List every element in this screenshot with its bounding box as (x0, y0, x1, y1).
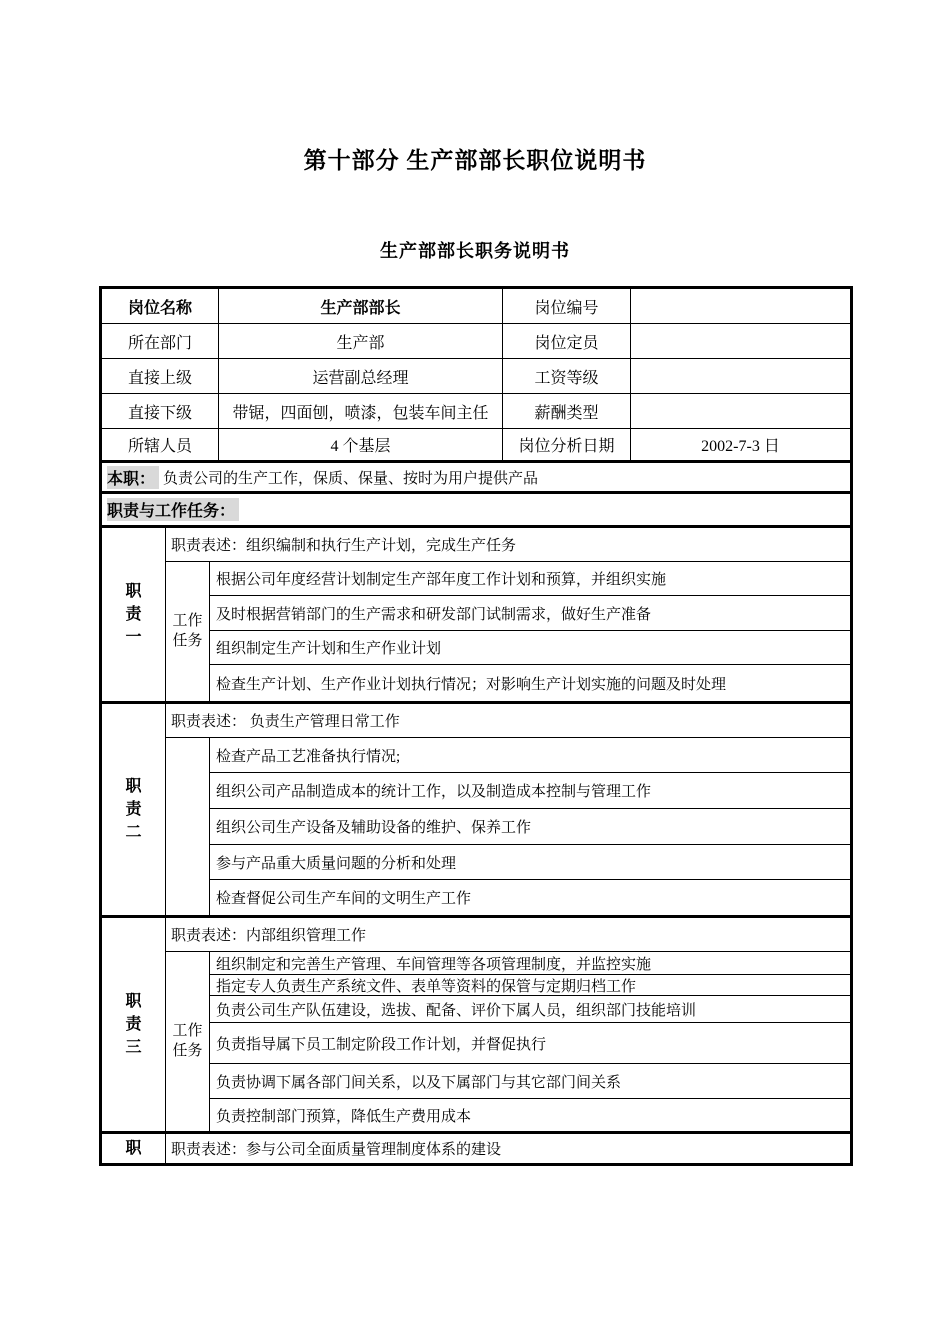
duty-4-description: 职责表述：参与公司全面质量管理制度体系的建设 (166, 1134, 850, 1163)
info-row-superior: 直接上级 运营副总经理 工资等级 (102, 359, 850, 394)
info-label-headcount: 岗位定员 (503, 324, 631, 358)
task-row: 组织制定和完善生产管理、车间管理等各项管理制度，并监控实施 (210, 952, 850, 975)
task-row: 检查生产计划、生产作业计划执行情况；对影响生产计划实施的问题及时处理 (210, 665, 850, 701)
task-row: 组织制定生产计划和生产作业计划 (210, 631, 850, 665)
duty-section-4: 职 职责表述：参与公司全面质量管理制度体系的建设 (102, 1134, 850, 1163)
task-row: 负责公司生产队伍建设，选拔、配备、评价下属人员，组织部门技能培训 (210, 996, 850, 1023)
task-row: 根据公司年度经营计划制定生产部年度工作计划和预算，并组织实施 (210, 562, 850, 596)
duty-section-1: 职责一 职责表述：组织编制和执行生产计划，完成生产任务 工作任务 根据公司年度经… (102, 528, 850, 704)
duty-3-body: 职责表述：内部组织管理工作 工作任务 组织制定和完善生产管理、车间管理等各项管理… (166, 918, 850, 1131)
info-value-position-name: 生产部部长 (219, 289, 503, 323)
duty-1-label: 职责一 (124, 580, 142, 650)
duty-section-2: 职责二 职责表述： 负责生产管理日常工作 检查产品工艺准备执行情况; 组织公司产… (102, 704, 850, 918)
info-label-salary-grade: 工资等级 (503, 359, 631, 393)
info-value-position-code (631, 289, 850, 323)
duties-header-row: 职责与工作任务： (102, 494, 850, 528)
info-label-position-name: 岗位名称 (102, 289, 219, 323)
info-value-subordinates: 带锯，四面刨，喷漆，包装车间主任 (219, 394, 503, 428)
duty-2-label: 职责二 (124, 775, 142, 845)
info-row-position-name: 岗位名称 生产部部长 岗位编号 (102, 289, 850, 324)
info-row-department: 所在部门 生产部 岗位定员 (102, 324, 850, 359)
info-value-superior: 运营副总经理 (219, 359, 503, 393)
info-label-pay-type: 薪酬类型 (503, 394, 631, 428)
task-row: 指定专人负责生产系统文件、表单等资料的保管与定期归档工作 (210, 975, 850, 996)
duty-1-description: 职责表述：组织编制和执行生产计划，完成生产任务 (166, 528, 850, 562)
duty-3-description: 职责表述：内部组织管理工作 (166, 918, 850, 952)
duty-4-label-cell: 职 (102, 1134, 166, 1163)
duty-1-tasks-wrap: 工作任务 根据公司年度经营计划制定生产部年度工作计划和预算，并组织实施 及时根据… (166, 562, 850, 701)
summary-label: 本职： (107, 466, 159, 489)
task-row: 检查督促公司生产车间的文明生产工作 (210, 880, 850, 915)
duty-1-label-cell: 职责一 (102, 528, 166, 701)
duty-2-description: 职责表述： 负责生产管理日常工作 (166, 704, 850, 738)
info-value-pay-type (631, 394, 850, 428)
duty-1-task-label: 工作任务 (166, 562, 210, 701)
page-subtitle: 生产部部长职务说明书 (0, 237, 950, 263)
duty-3-tasks-wrap: 工作任务 组织制定和完善生产管理、车间管理等各项管理制度，并监控实施 指定专人负… (166, 952, 850, 1131)
duty-2-label-cell: 职责二 (102, 704, 166, 915)
task-row: 负责指导属下员工制定阶段工作计划，并督促执行 (210, 1023, 850, 1064)
summary-row: 本职： 负责公司的生产工作，保质、保量、按时为用户提供产品 (102, 463, 850, 494)
duty-3-task-label: 工作任务 (166, 952, 210, 1131)
info-label-position-code: 岗位编号 (503, 289, 631, 323)
duties-header-label: 职责与工作任务： (107, 498, 239, 521)
info-row-staff: 所辖人员 4 个基层 岗位分析日期 2002-7-3 日 (102, 429, 850, 463)
info-label-subordinates: 直接下级 (102, 394, 219, 428)
duty-1-body: 职责表述：组织编制和执行生产计划，完成生产任务 工作任务 根据公司年度经营计划制… (166, 528, 850, 701)
summary-text: 负责公司的生产工作，保质、保量、按时为用户提供产品 (159, 467, 538, 488)
info-value-department: 生产部 (219, 324, 503, 358)
duty-4-body: 职责表述：参与公司全面质量管理制度体系的建设 (166, 1134, 850, 1163)
info-label-analysis-date: 岗位分析日期 (503, 429, 631, 460)
task-row: 负责协调下属各部门间关系，以及下属部门与其它部门间关系 (210, 1064, 850, 1099)
duty-3-label-cell: 职责三 (102, 918, 166, 1131)
info-value-analysis-date: 2002-7-3 日 (631, 429, 850, 460)
info-label-staff: 所辖人员 (102, 429, 219, 460)
info-value-headcount (631, 324, 850, 358)
info-value-staff: 4 个基层 (219, 429, 503, 460)
document-page: { "page": { "title": "第十部分 生产部部长职位说明书", … (0, 0, 950, 1344)
duty-3-tasks: 组织制定和完善生产管理、车间管理等各项管理制度，并监控实施 指定专人负责生产系统… (210, 952, 850, 1131)
duty-3-label: 职责三 (124, 990, 142, 1060)
task-row: 及时根据营销部门的生产需求和研发部门试制需求，做好生产准备 (210, 596, 850, 631)
task-row: 参与产品重大质量问题的分析和处理 (210, 845, 850, 880)
info-label-department: 所在部门 (102, 324, 219, 358)
info-row-subordinates: 直接下级 带锯，四面刨，喷漆，包装车间主任 薪酬类型 (102, 394, 850, 429)
task-row: 组织公司产品制造成本的统计工作，以及制造成本控制与管理工作 (210, 773, 850, 809)
task-row: 检查产品工艺准备执行情况; (210, 738, 850, 773)
page-title: 第十部分 生产部部长职位说明书 (0, 142, 950, 175)
info-label-superior: 直接上级 (102, 359, 219, 393)
duty-2-tasks: 检查产品工艺准备执行情况; 组织公司产品制造成本的统计工作，以及制造成本控制与管… (210, 738, 850, 915)
duty-2-task-label (166, 738, 210, 915)
duty-section-3: 职责三 职责表述：内部组织管理工作 工作任务 组织制定和完善生产管理、车间管理等… (102, 918, 850, 1134)
info-value-salary-grade (631, 359, 850, 393)
job-description-table: 岗位名称 生产部部长 岗位编号 所在部门 生产部 岗位定员 直接上级 运营副总经… (99, 286, 853, 1166)
task-row: 负责控制部门预算，降低生产费用成本 (210, 1099, 850, 1131)
duty-1-tasks: 根据公司年度经营计划制定生产部年度工作计划和预算，并组织实施 及时根据营销部门的… (210, 562, 850, 701)
task-row: 组织公司生产设备及辅助设备的维护、保养工作 (210, 809, 850, 845)
duty-2-tasks-wrap: 检查产品工艺准备执行情况; 组织公司产品制造成本的统计工作，以及制造成本控制与管… (166, 738, 850, 915)
duty-4-label: 职 (124, 1137, 142, 1160)
duty-2-body: 职责表述： 负责生产管理日常工作 检查产品工艺准备执行情况; 组织公司产品制造成… (166, 704, 850, 915)
